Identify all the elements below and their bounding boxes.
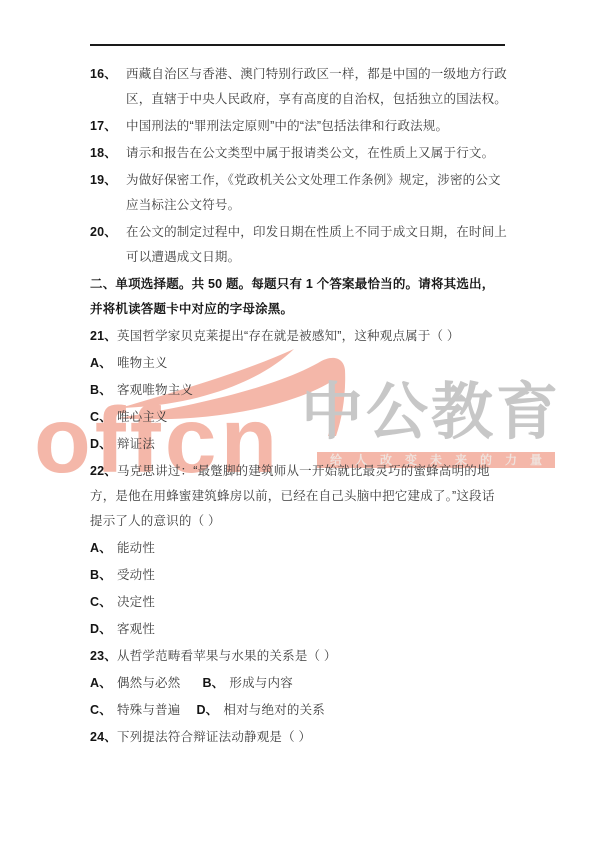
option-text: 决定性 — [117, 595, 155, 609]
option-text: 特殊与普遍 — [117, 703, 181, 717]
item-text: 请示和报告在公文类型中属于报请类公文，在性质上又属于行文。 — [126, 141, 507, 166]
option-letter: B、 — [90, 568, 112, 582]
option-letter: A、 — [90, 356, 112, 370]
tf-item-20: 20、 在公文的制定过程中，印发日期在性质上不同于成文日期，在时间上可以遭遇成文… — [90, 220, 507, 270]
exam-content: 16、 西藏自治区与香港、澳门特别行政区一样，都是中国的一级地方行政区，直辖于中… — [90, 62, 507, 752]
option-21-a: A、唯物主义 — [90, 351, 507, 376]
option-letter: D、 — [196, 703, 218, 717]
option-text: 形成与内容 — [229, 676, 293, 690]
question-24: 24、下列提法符合辩证法动静观是（ ） — [90, 725, 507, 750]
question-text: 从哲学范畴看苹果与水果的关系是（ ） — [117, 649, 337, 663]
option-letter: C、 — [90, 410, 112, 424]
item-text: 在公文的制定过程中，印发日期在性质上不同于成文日期，在时间上可以遭遇成文日期。 — [126, 220, 507, 270]
question-number: 21、 — [90, 329, 117, 343]
option-text: 唯心主义 — [117, 410, 168, 424]
option-letter: D、 — [90, 622, 112, 636]
question-number: 23、 — [90, 649, 117, 663]
option-text: 能动性 — [117, 541, 155, 555]
exam-document-page: offcn 中公教育 给人改变未来的力量 16、 西藏自治区与香港、澳门特别行政… — [0, 0, 595, 841]
option-text: 客观性 — [117, 622, 155, 636]
item-number: 17、 — [90, 114, 126, 139]
option-text: 相对与绝对的关系 — [223, 703, 325, 717]
item-number: 18、 — [90, 141, 126, 166]
option-text: 客观唯物主义 — [117, 383, 193, 397]
option-text: 受动性 — [117, 568, 155, 582]
options-23-ab: A、偶然与必然B、形成与内容 — [90, 671, 507, 696]
item-text: 西藏自治区与香港、澳门特别行政区一样，都是中国的一级地方行政区，直辖于中央人民政… — [126, 62, 507, 112]
item-text: 为做好保密工作，《党政机关公文处理工作条例》规定，涉密的公文应当标注公文符号。 — [126, 168, 507, 218]
item-number: 19、 — [90, 168, 126, 218]
question-21: 21、英国哲学家贝克莱提出“存在就是被感知”，这种观点属于（ ） — [90, 324, 507, 349]
option-letter: B、 — [202, 676, 224, 690]
item-number: 20、 — [90, 220, 126, 270]
question-text: 马克思讲过：“最蹩脚的建筑师从一开始就比最灵巧的蜜蜂高明的地方，是他在用蜂蜜建筑… — [90, 464, 495, 528]
option-letter: D、 — [90, 437, 112, 451]
question-text: 英国哲学家贝克莱提出“存在就是被感知”，这种观点属于（ ） — [117, 329, 460, 343]
item-text: 中国刑法的“罪刑法定原则”中的“法”包括法律和行政法规。 — [126, 114, 507, 139]
option-22-d: D、客观性 — [90, 617, 507, 642]
tf-item-19: 19、 为做好保密工作，《党政机关公文处理工作条例》规定，涉密的公文应当标注公文… — [90, 168, 507, 218]
option-letter: A、 — [90, 541, 112, 555]
option-text: 偶然与必然 — [117, 676, 181, 690]
question-number: 24、 — [90, 730, 117, 744]
options-23-cd: C、特殊与普遍D、相对与绝对的关系 — [90, 698, 507, 723]
option-letter: B、 — [90, 383, 112, 397]
option-21-d: D、辩证法 — [90, 432, 507, 457]
option-21-b: B、客观唯物主义 — [90, 378, 507, 403]
tf-item-16: 16、 西藏自治区与香港、澳门特别行政区一样，都是中国的一级地方行政区，直辖于中… — [90, 62, 507, 112]
section-2-header: 二、单项选择题。共 50 题。每题只有 1 个答案最恰当的。请将其选出，并将机读… — [90, 272, 507, 322]
option-letter: A、 — [90, 676, 112, 690]
item-number: 16、 — [90, 62, 126, 112]
option-letter: C、 — [90, 703, 112, 717]
option-letter: C、 — [90, 595, 112, 609]
option-22-b: B、受动性 — [90, 563, 507, 588]
question-23: 23、从哲学范畴看苹果与水果的关系是（ ） — [90, 644, 507, 669]
question-text: 下列提法符合辩证法动静观是（ ） — [117, 730, 311, 744]
tf-item-17: 17、 中国刑法的“罪刑法定原则”中的“法”包括法律和行政法规。 — [90, 114, 507, 139]
question-number: 22、 — [90, 464, 117, 478]
option-text: 辩证法 — [117, 437, 155, 451]
option-text: 唯物主义 — [117, 356, 168, 370]
option-21-c: C、唯心主义 — [90, 405, 507, 430]
option-22-a: A、能动性 — [90, 536, 507, 561]
option-22-c: C、决定性 — [90, 590, 507, 615]
header-rule — [90, 44, 505, 46]
tf-item-18: 18、 请示和报告在公文类型中属于报请类公文，在性质上又属于行文。 — [90, 141, 507, 166]
question-22: 22、马克思讲过：“最蹩脚的建筑师从一开始就比最灵巧的蜜蜂高明的地方，是他在用蜂… — [90, 459, 507, 534]
